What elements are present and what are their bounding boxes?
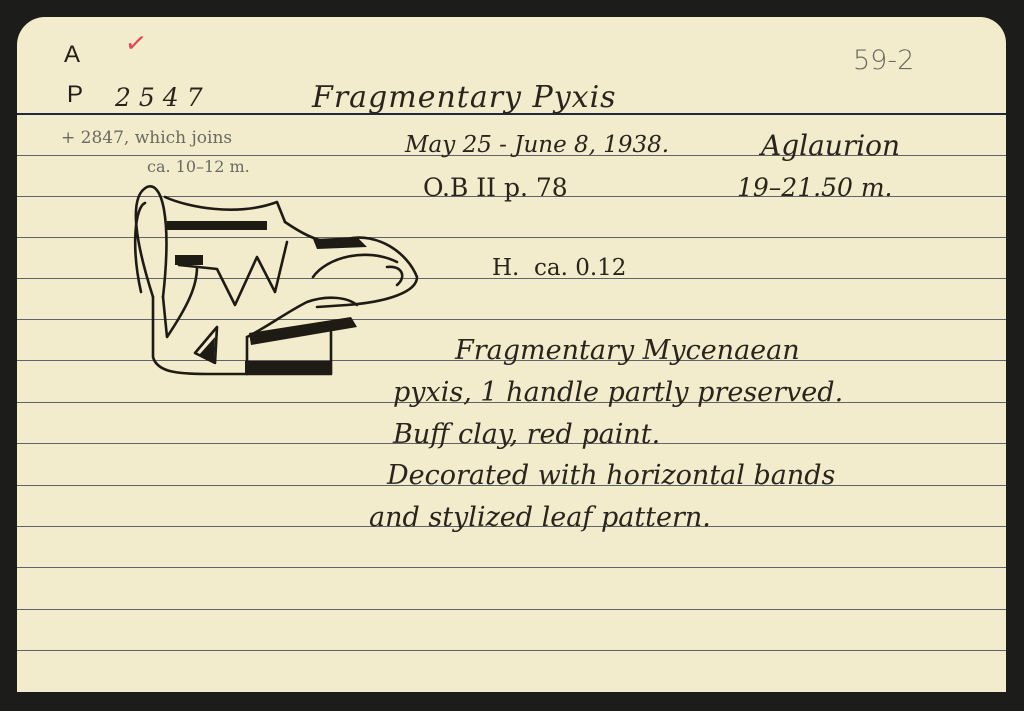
- corner-letter-a: A: [64, 43, 80, 67]
- description-line: pyxis, 1 handle partly preserved.: [393, 379, 843, 406]
- description-line: Buff clay, red paint.: [393, 421, 660, 448]
- check-mark-icon: ✓: [123, 28, 149, 61]
- excavation-date: May 25 - June 8, 1938.: [405, 134, 669, 157]
- file-code: 59-2: [853, 47, 914, 74]
- object-title: Fragmentary Pyxis: [312, 83, 617, 113]
- ruled-line: [17, 609, 1006, 610]
- description-line: Fragmentary Mycenaean: [455, 337, 800, 364]
- notebook-reference: O.B II p. 78: [423, 175, 568, 200]
- catalog-number: 2547: [115, 85, 211, 110]
- corner-letter-p: P: [67, 83, 83, 107]
- ruled-line: [17, 650, 1006, 651]
- height-measurement: H. ca. 0.12: [492, 257, 626, 280]
- join-note-line2: ca. 10–12 m.: [147, 159, 250, 175]
- join-note-line1: + 2847, which joins: [61, 130, 232, 147]
- depth: 19–21.50 m.: [737, 175, 892, 200]
- index-card: A ✓ P 2547 Fragmentary Pyxis 59-2 + 2847…: [17, 17, 1006, 692]
- location: Aglaurion: [761, 132, 900, 160]
- pyxis-sketch-icon: [117, 177, 427, 397]
- description-line: and stylized leaf pattern.: [369, 504, 711, 531]
- description-line: Decorated with horizontal bands: [387, 462, 835, 489]
- ruled-line: [17, 567, 1006, 568]
